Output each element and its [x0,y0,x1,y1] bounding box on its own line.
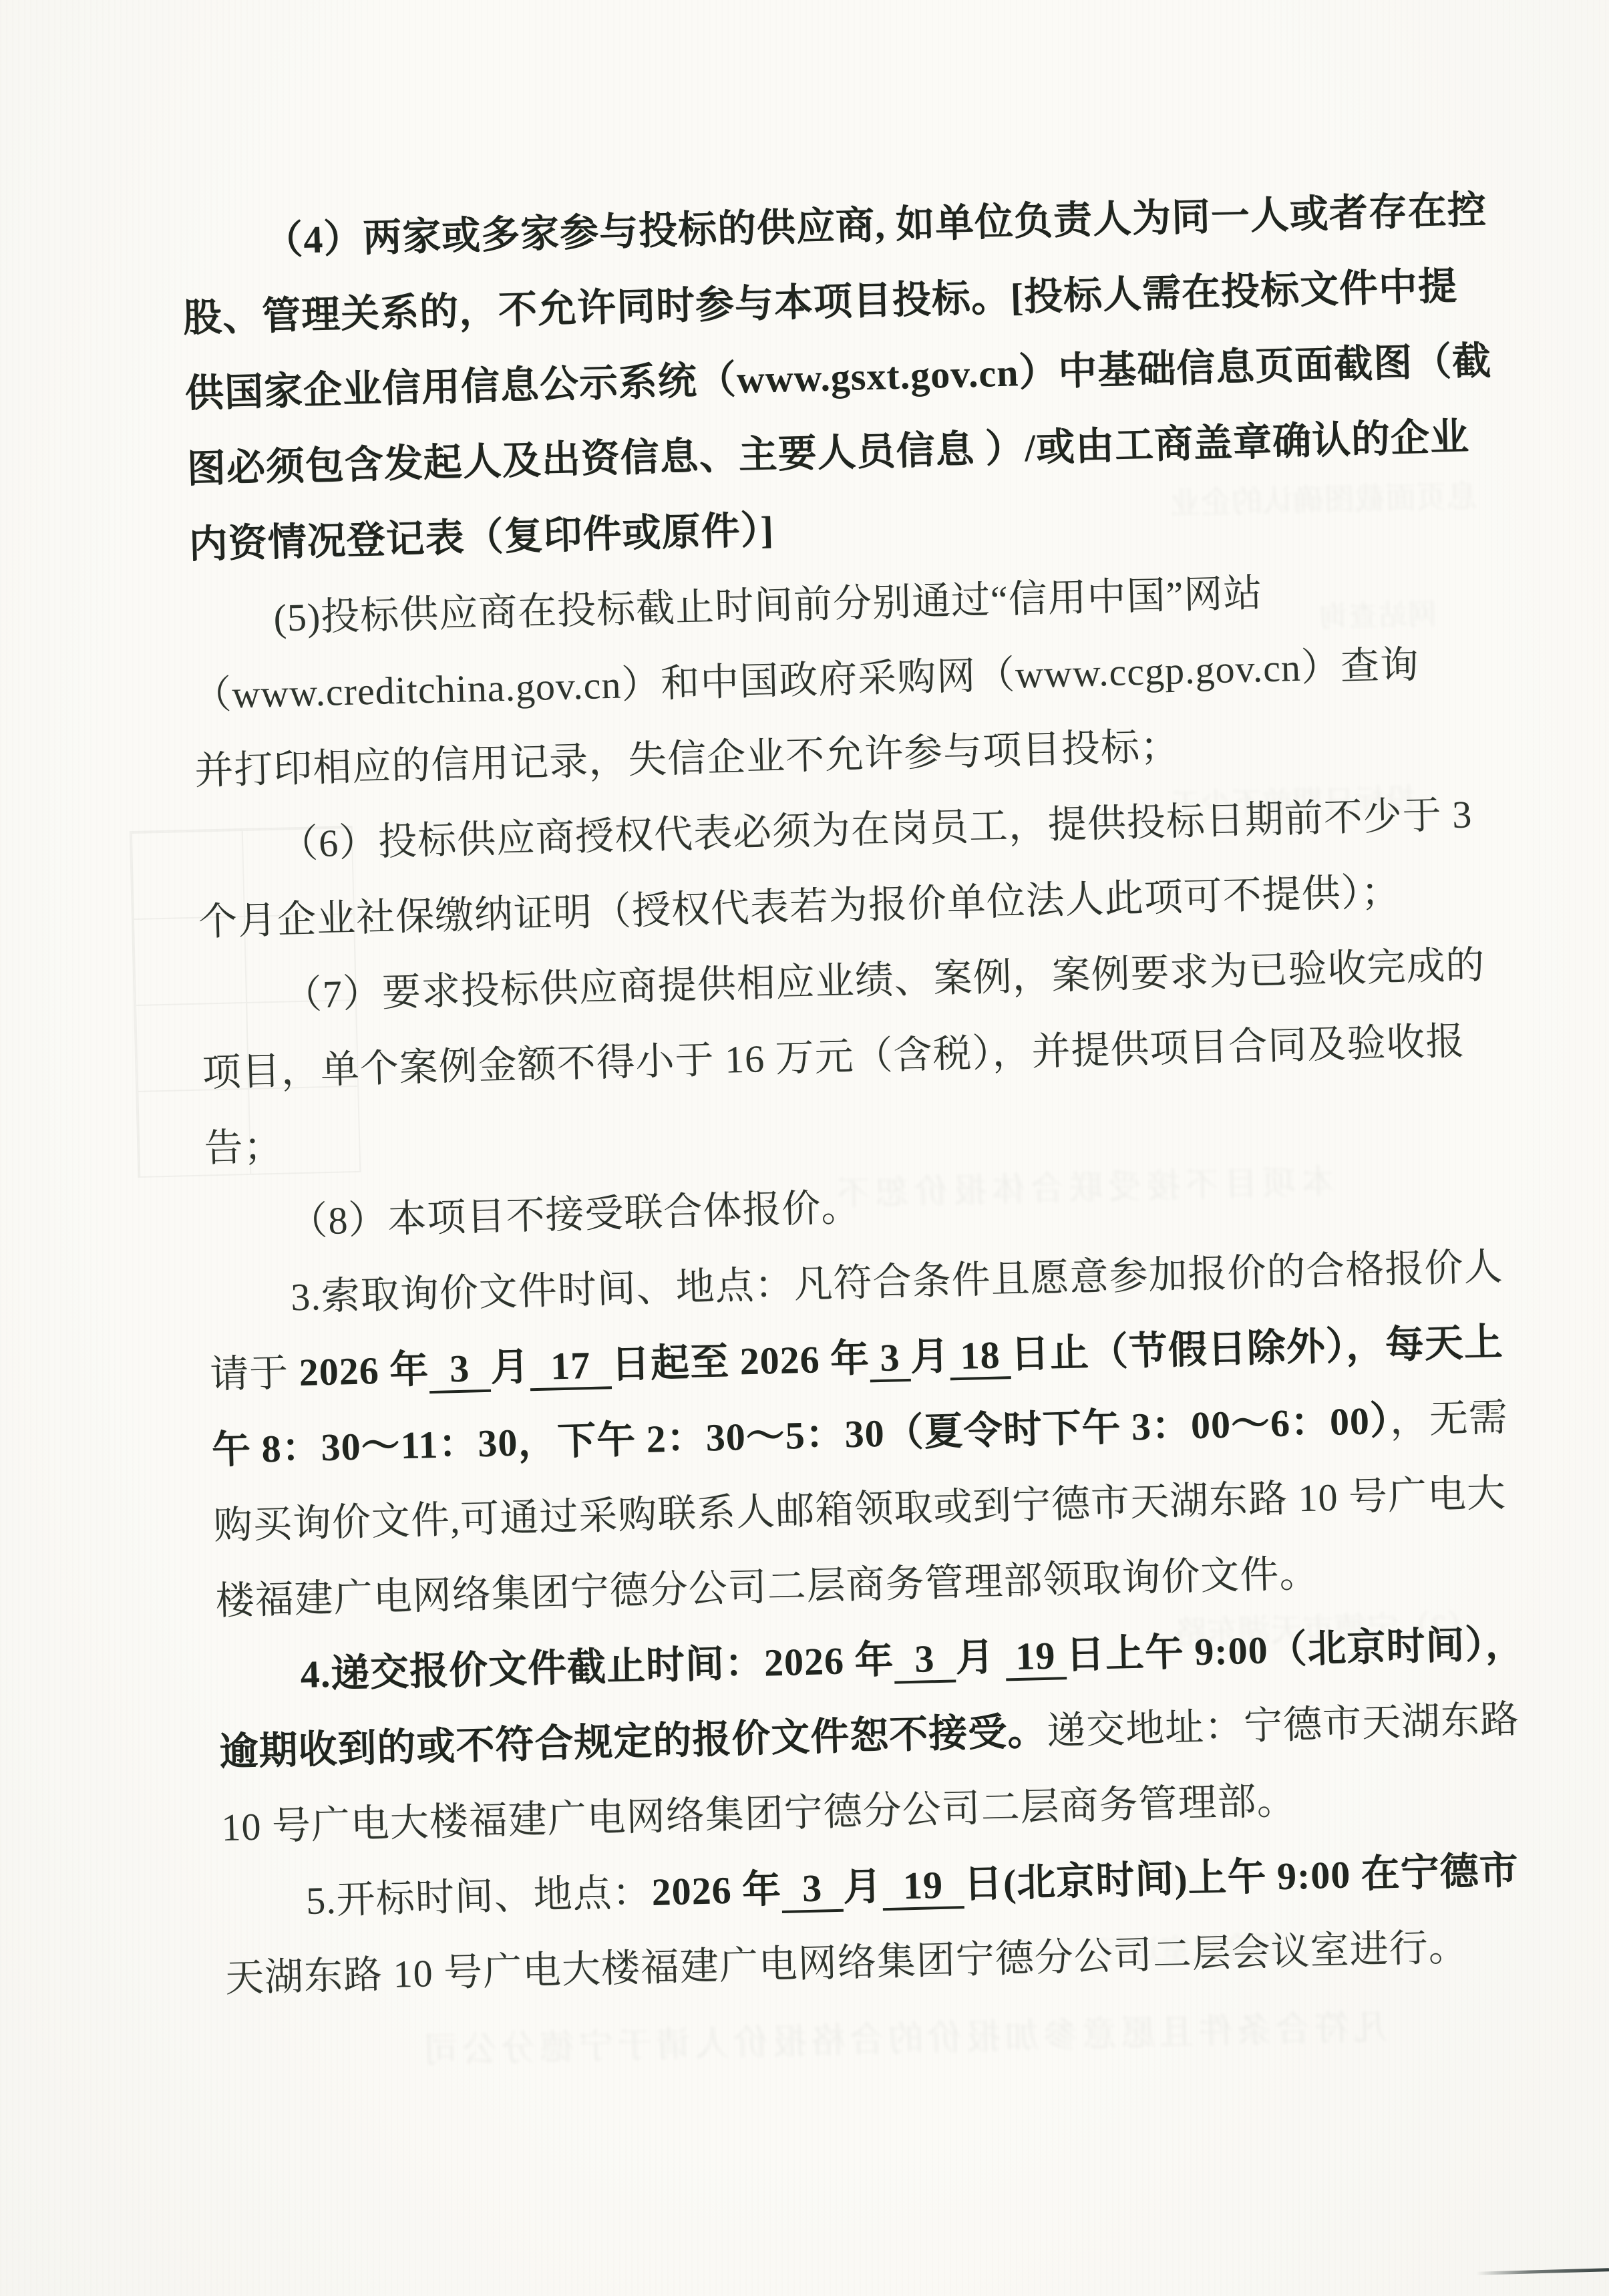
text-run: 天湖东路 10 号广电大楼福建广电网络集团宁德分公司二层会议室进行。 [224,1925,1468,2000]
text-run: 月 [910,1334,950,1378]
underlined-date-value: 3 [894,1636,956,1683]
text-run: 项目，单个案例金额不得小于 16 万元（含税），并提供项目合同及验收报 [202,1019,1465,1095]
text-run: 递交地址：宁德市天湖东路 [1046,1697,1519,1753]
text-run: 月 [842,1864,883,1909]
page-corner-scan-artifact [1476,2268,1609,2275]
text-run: （www.creditchina.gov.cn）和中国政府采购网（www.ccg… [192,643,1420,717]
text-run: ，无需 [1389,1396,1509,1442]
text-run: 个月企业社保缴纳证明（授权代表若为报价单位法人此项可不提供）； [198,870,1401,944]
text-run: 请于 [209,1351,299,1396]
bleedthrough-ghost-line: 凡符合条件且愿意参加报价的合格报价人请于宁德分公司 [419,1999,1388,2072]
underlined-date-value: 17 [529,1343,612,1391]
text-run: 日起至 2026 年 [610,1336,870,1386]
underlined-date-value: 3 [428,1346,491,1393]
document-body-text: （4）两家或多家参与投标的供应商, 如单位负责人为同一人或者存在控股、管理关系的… [180,173,1489,2016]
text-run: 日止（节假日除外），每天上 [1010,1320,1503,1376]
text-run: 2026 年 [651,1867,782,1914]
text-run: 日(北京时间)上午 9:00 在宁德市 [963,1848,1519,1906]
text-run: 内资情况登记表（复印件或原件）] [188,508,775,566]
text-run: 5.开标时间、地点： [305,1870,652,1923]
text-run: （6）投标供应商授权代表必须为在岗员工，提供投标日期前不少于 3 [279,792,1473,866]
text-run: 2026 年 [299,1347,429,1394]
text-run: 3.索取询价文件时间、地点：凡符合条件且愿意参加报价的合格报价人 [291,1245,1504,1319]
text-run: (5)投标供应商在投标截止时间前分别通过“信用中国”网站 [273,571,1263,639]
text-run: （7）要求投标供应商提供相应业绩、案例，案例要求为已验收完成的 [283,943,1485,1017]
underlined-date-value: 18 [949,1333,1011,1380]
text-run: 日上午 9:00（北京时间）， [1065,1622,1525,1677]
text-run: 4.递交报价文件截止时间：2026 年 [300,1638,894,1696]
underlined-date-value: 19 [1005,1633,1067,1681]
text-run: 10 号广电大楼福建广电网络集团宁德分公司二层商务管理部。 [221,1779,1297,1850]
text-run: （8）本项目不接受联合体报价。 [289,1186,861,1244]
text-run: 并打印相应的信用记录，失信企业不允许参与项目投标； [194,724,1180,792]
underlined-date-value: 3 [781,1866,844,1913]
text-run: （4）两家或多家参与投标的供应商, 如单位负责人为同一人或者存在控 [264,188,1487,263]
underlined-date-value: 19 [882,1862,964,1911]
text-run: 月 [955,1635,1006,1679]
text-run: 午 8：30～11：30，下午 2：30～5：30（夏令时下午 3：00～6：0… [211,1399,1390,1472]
underlined-date-value: 3 [869,1335,911,1383]
text-run: 逾期收到的或不符合规定的报价文件恕不接受。 [219,1709,1047,1774]
text-run: 告； [204,1125,284,1170]
text-run: 楼福建广电网络集团宁德分公司二层商务管理部领取询价文件。 [215,1552,1319,1623]
text-run: 月 [490,1345,530,1389]
